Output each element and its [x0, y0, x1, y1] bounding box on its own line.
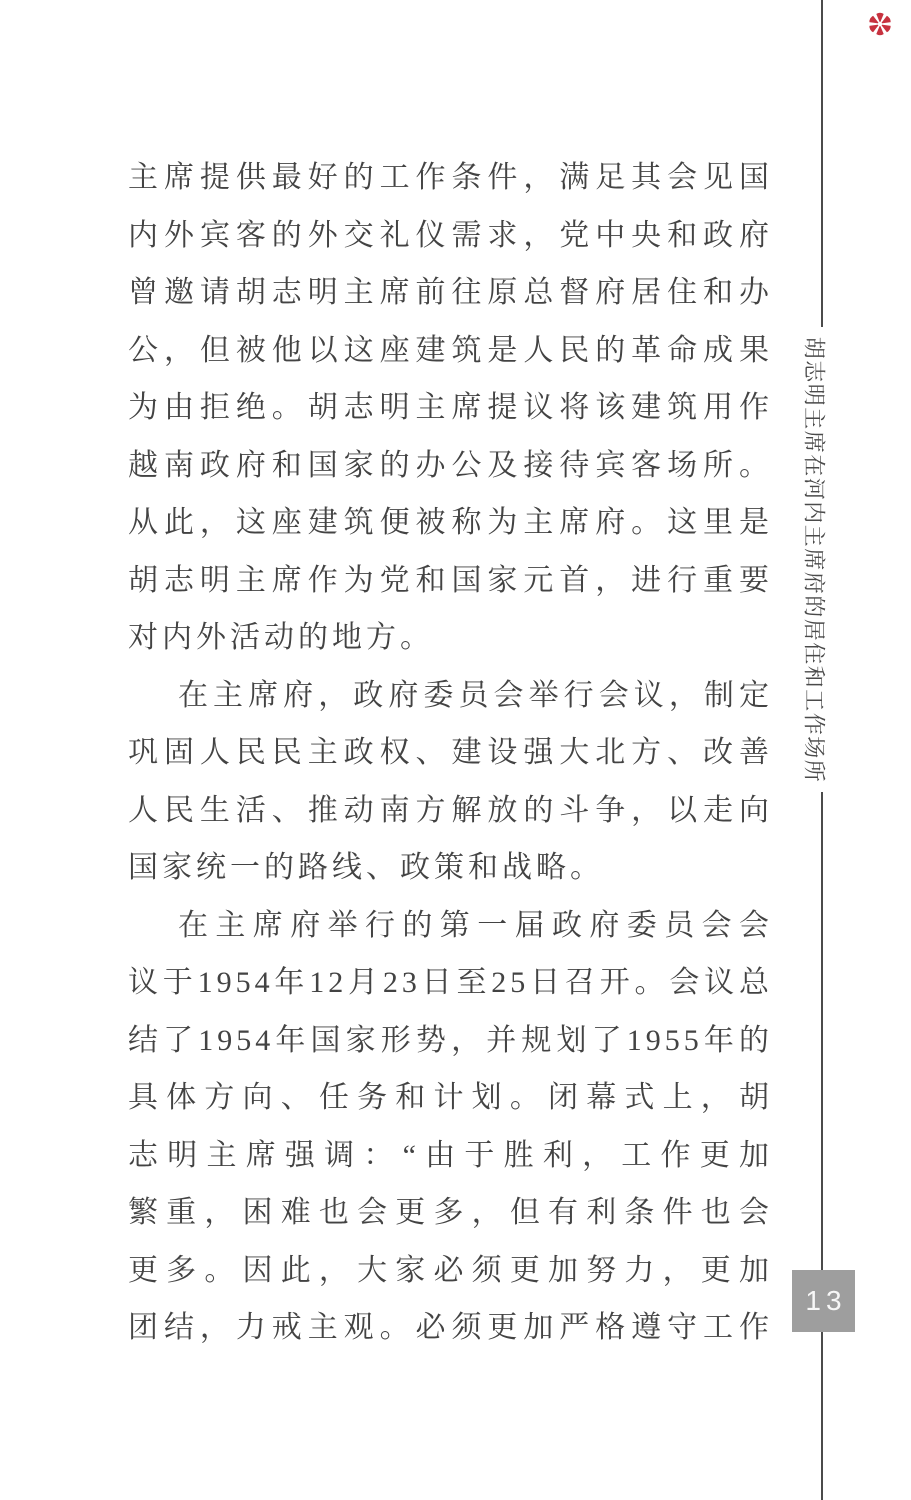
flower-icon — [865, 9, 895, 39]
text-line paragraph-start: 在主席府，政府委员会举行会议，制定 — [128, 667, 773, 725]
page-number: 13 — [805, 1285, 846, 1317]
text-line: 主席提供最好的工作条件，满足其会见国 — [128, 149, 773, 207]
text-line: 曾邀请胡志明主席前往原总督府居住和办 — [128, 264, 773, 322]
spine-title: 胡志明主席在河内主席府的居住和工作场所 — [800, 337, 831, 784]
text-line: 志明主席强调：“由于胜利，工作更加 — [128, 1127, 773, 1185]
text-line: 从此，这座建筑便被称为主席府。这里是 — [128, 494, 773, 552]
text-line: 人民生活、推动南方解放的斗争，以走向 — [128, 782, 773, 840]
spine-rule-top — [821, 0, 823, 327]
text-line: 结了1954年国家形势，并规划了1955年的 — [128, 1012, 773, 1070]
text-line: 巩固人民民主政权、建设强大北方、改善 — [128, 724, 773, 782]
text-line: 具体方向、任务和计划。闭幕式上，胡 — [128, 1069, 773, 1127]
text-line paragraph-start: 在主席府举行的第一届政府委员会会 — [128, 897, 773, 955]
page-number-badge: 13 — [792, 1270, 855, 1332]
text-line: 内外宾客的外交礼仪需求，党中央和政府 — [128, 207, 773, 265]
text-line: 繁重，困难也会更多，但有利条件也会 — [128, 1184, 773, 1242]
text-line: 越南政府和国家的办公及接待宾客场所。 — [128, 437, 773, 495]
text-line: 为由拒绝。胡志明主席提议将该建筑用作 — [128, 379, 773, 437]
body-text: 主席提供最好的工作条件，满足其会见国 内外宾客的外交礼仪需求，党中央和政府 曾邀… — [128, 149, 773, 1357]
text-line: 公，但被他以这座建筑是人民的革命成果 — [128, 322, 773, 380]
text-line paragraph-end: 对内外活动的地方。 — [128, 609, 773, 667]
book-page: { "page": { "lines": [ "主席提供最好的工作条件，满足其会… — [0, 0, 911, 1500]
text-line: 议于1954年12月23日至25日召开。会议总 — [128, 954, 773, 1012]
text-line: 团结，力戒主观。必须更加严格遵守工作 — [128, 1299, 773, 1357]
text-line: 胡志明主席作为党和国家元首，进行重要 — [128, 552, 773, 610]
spine-rule-bottom — [821, 792, 823, 1500]
text-line paragraph-end: 国家统一的路线、政策和战略。 — [128, 839, 773, 897]
text-line: 更多。因此，大家必须更加努力，更加 — [128, 1242, 773, 1300]
